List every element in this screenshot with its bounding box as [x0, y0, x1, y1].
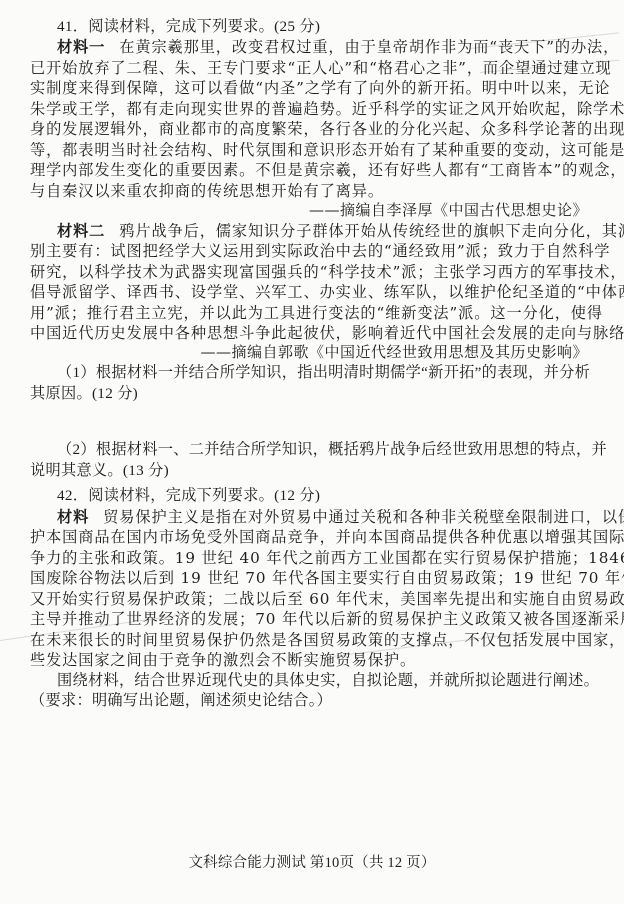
material-text: 在黄宗羲那里，改变君权过重，由于皇帝胡作非为而“丧天下”的办法， [119, 38, 619, 56]
material-2-label: 材料二 [57, 222, 105, 240]
material-42-first-line: 材料贸易保护主义是指在对外贸易中通过关税和各种非关税壁垒限制进口，以保 [57, 507, 590, 527]
material-text: 些发达国家之间由于竞争的激烈会不断实施贸易保护。 [30, 650, 590, 670]
question-41-heading: 41．阅读材料，完成下列要求。(25 分) [57, 17, 590, 37]
material-2-first-line: 材料二鸦片战争后，儒家知识分子群体开始从传统经世的旗帜下走向分化，其派 [57, 221, 590, 241]
question-42-heading: 42．阅读材料，完成下列要求。(12 分) [57, 486, 590, 506]
task-requirement: （要求：明确写出论题，阐述须史论结合。） [30, 691, 590, 711]
material-text: 身的发展逻辑外，商业都市的高度繁荣，各行各业的分化兴起、众多科学论著的出现 [30, 119, 590, 139]
exam-page: 41．阅读材料，完成下列要求。(25 分) 材料一在黄宗羲那里，改变君权过重，由… [0, 0, 624, 904]
material-2-attribution: ——摘编自郭歌《中国近代经世致用思想及其历史影响》 [200, 342, 588, 362]
material-text: 在未来很长的时间里贸易保护仍然是各国贸易政策的支撑点，不仅包括发展中国家，一 [30, 630, 590, 650]
answer-space-1 [30, 406, 590, 436]
sub-question-2-text: 说明其意义。(13 分) [30, 461, 590, 481]
material-text: 贸易保护主义是指在对外贸易中通过关税和各种非关税壁垒限制进口，以保 [103, 508, 624, 526]
material-text: 别主要有：试图把经学大义运用到实际政治中去的“通经致用”派；致力于自然科学 [30, 241, 590, 261]
material-text: 已开始放弃了二程、朱、王专门要求“正人心”和“格君心之非”，而企望通过建立现 [30, 58, 590, 78]
material-text: 中国近代历史发展中各种思想斗争此起彼伏，影响着近代中国社会发展的走向与脉络。 [30, 323, 590, 343]
material-text: 主导并推动了世界经济的发展；70 年代以后新的贸易保护主义政策又被各国逐渐采用。 [30, 609, 590, 629]
material-text: 用”派；推行君主立宪，并以此为工具进行变法的“维新变法”派。这一分化，使得 [30, 303, 590, 323]
material-text: 实制度来得到保障，这可以看做“内圣”之学有了向外的新开拓。明中叶以来，无论 [30, 78, 590, 98]
material-text: 争力的主张和政策。19 世纪 40 年代之前西方工业国都在实行贸易保护措施；18… [30, 548, 590, 568]
material-text: 理学内部发生变化的重要因素。不但是黄宗羲，还有好些人都有“工商皆本”的观念， [30, 160, 590, 180]
page-footer: 文科综合能力测试 第10页（共 12 页） [0, 851, 624, 872]
material-1-attribution: ——摘编自李泽厚《中国古代思想史论》 [309, 200, 588, 220]
sub-question-2-text: （2）根据材料一、二并结合所学知识，概括鸦片战争后经世致用思想的特点，并 [57, 440, 590, 460]
material-text: 朱学或王学，都有走向现实世界的普遍趋势。近乎科学的实证之风开始吹起，除学术本 [30, 99, 590, 119]
material-text: 国废除谷物法以后到 19 世纪 70 年代各国主要实行自由贸易政策；19 世纪 … [30, 568, 590, 588]
task-text: 围绕材料，结合世界近现代史的具体史实，自拟论题，并就所拟论题进行阐述。 [57, 671, 590, 691]
sub-question-1-text: 其原因。(12 分) [30, 384, 590, 404]
material-text: 护本国商品在国内市场免受外国商品竞争，并向本国商品提供各种优惠以增强其国际竞 [30, 527, 590, 547]
material-1-first-line: 材料一在黄宗羲那里，改变君权过重，由于皇帝胡作非为而“丧天下”的办法， [57, 37, 590, 57]
material-42-label: 材料 [57, 508, 89, 526]
sub-question-1-text: （1）根据材料一并结合所学知识，指出明清时期儒学“新开拓”的表现，并分析 [57, 363, 590, 383]
material-text: 研究，以科学技术为武器实现富国强兵的“科学技术”派；主张学习西方的军事技术， [30, 262, 590, 282]
material-1-label: 材料一 [57, 38, 105, 56]
material-text: 又开始实行贸易保护政策；二战以后至 60 年代末，美国率先提出和实施自由贸易政策… [30, 589, 590, 609]
material-text: 与自秦汉以来重农抑商的传统思想开始有了离异。 [30, 181, 590, 201]
material-text: 等，都表明当时社会结构、时代氛围和意识形态开始有了某种重要的变动，这可能是使 [30, 140, 590, 160]
material-text: 鸦片战争后，儒家知识分子群体开始从传统经世的旗帜下走向分化，其派 [119, 222, 624, 240]
material-text: 倡导派留学、译西书、设学堂、兴军工、办实业、练军队，以维护伦纪圣道的“中体西 [30, 282, 590, 302]
